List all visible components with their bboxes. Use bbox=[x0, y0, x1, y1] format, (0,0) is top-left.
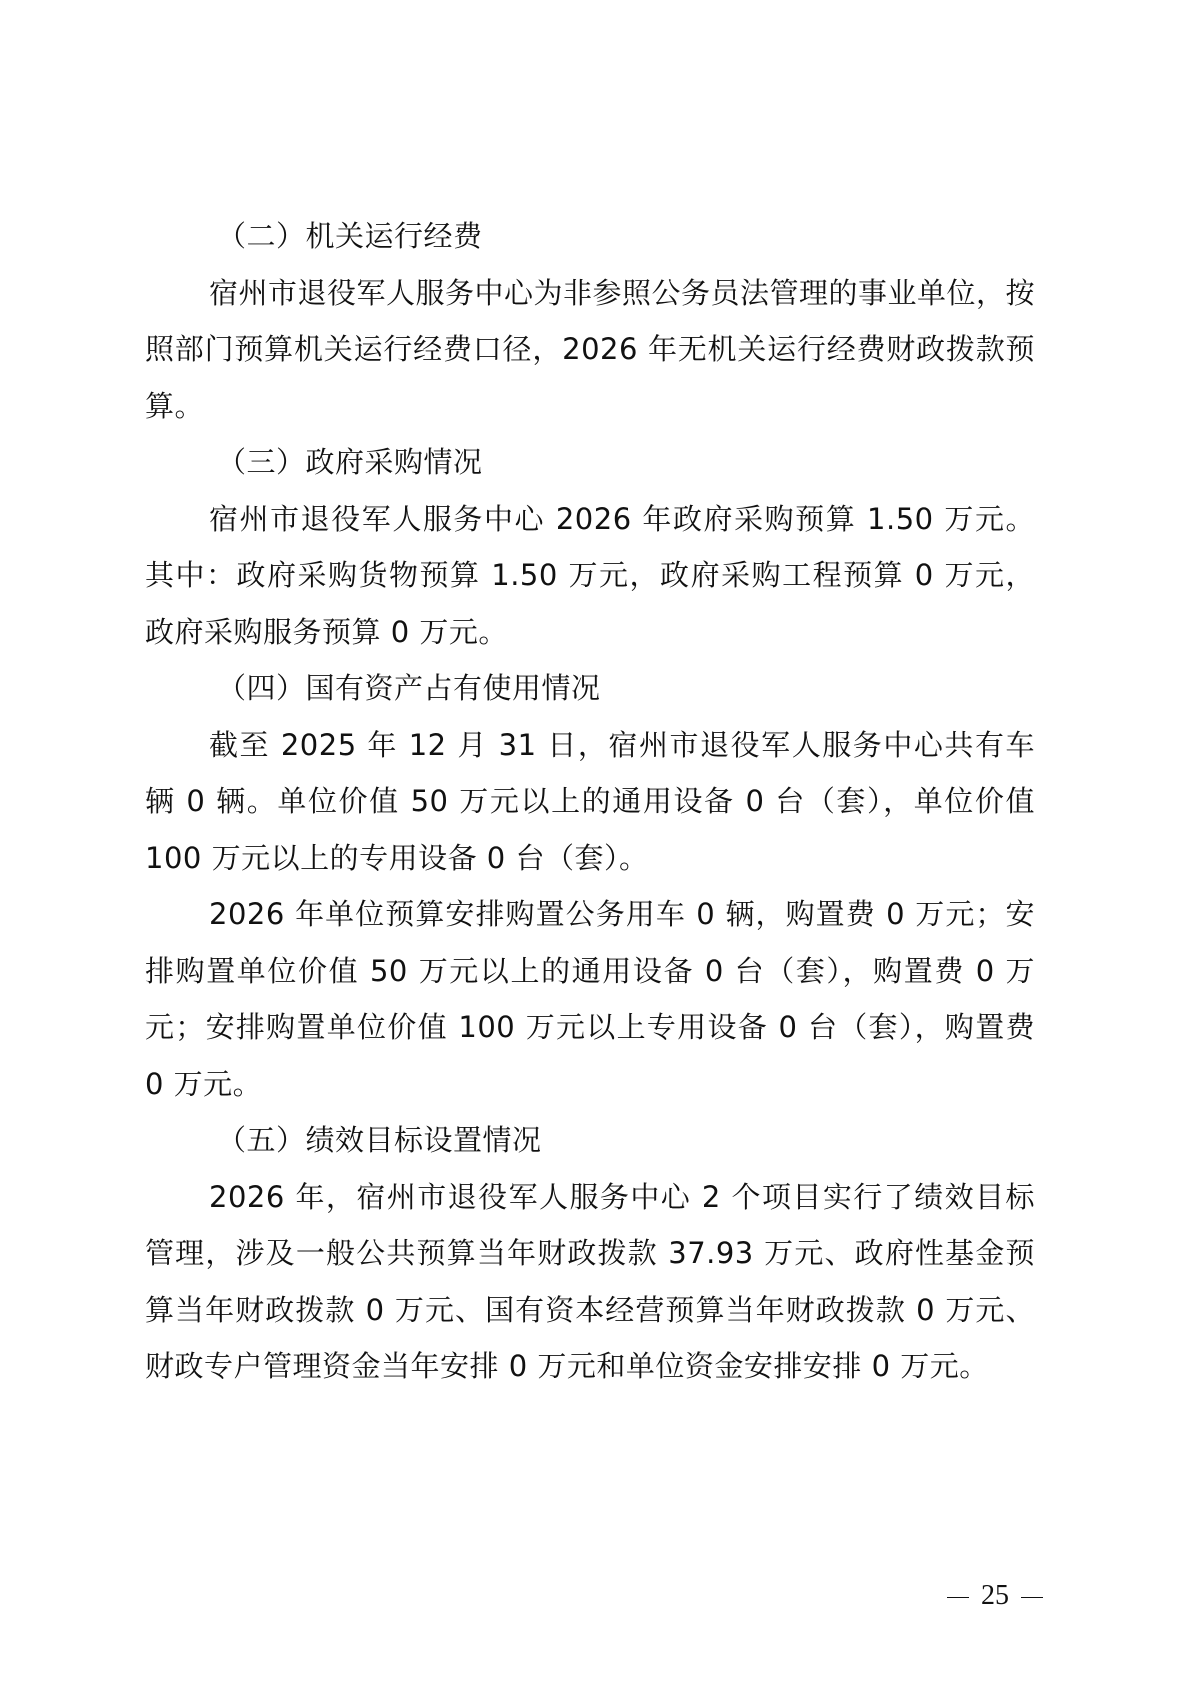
document-body: （二）机关运行经费 宿州市退役军人服务中心为非参照公务员法管理的事业单位，按照部… bbox=[145, 208, 1035, 1395]
section-government-procurement: （三）政府采购情况 宿州市退役军人服务中心 2026 年政府采购预算 1.50 … bbox=[145, 434, 1035, 660]
paragraph: 宿州市退役军人服务中心为非参照公务员法管理的事业单位，按照部门预算机关运行经费口… bbox=[145, 265, 1035, 435]
section-heading: （四）国有资产占有使用情况 bbox=[145, 660, 1035, 717]
page-number: 25 bbox=[935, 1576, 1045, 1616]
section-performance-targets: （五）绩效目标设置情况 2026 年，宿州市退役军人服务中心 2 个项目实行了绩… bbox=[145, 1112, 1035, 1395]
paragraph: 2026 年，宿州市退役军人服务中心 2 个项目实行了绩效目标管理，涉及一般公共… bbox=[145, 1169, 1035, 1395]
dash-left bbox=[947, 1597, 969, 1599]
document-page: （二）机关运行经费 宿州市退役军人服务中心为非参照公务员法管理的事业单位，按照部… bbox=[0, 0, 1190, 1683]
section-operating-expenses: （二）机关运行经费 宿州市退役军人服务中心为非参照公务员法管理的事业单位，按照部… bbox=[145, 208, 1035, 434]
section-heading: （二）机关运行经费 bbox=[145, 208, 1035, 265]
paragraph: 宿州市退役军人服务中心 2026 年政府采购预算 1.50 万元。其中：政府采购… bbox=[145, 491, 1035, 661]
section-state-assets: （四）国有资产占有使用情况 截至 2025 年 12 月 31 日，宿州市退役军… bbox=[145, 660, 1035, 1112]
paragraph: 2026 年单位预算安排购置公务用车 0 辆，购置费 0 万元；安排购置单位价值… bbox=[145, 886, 1035, 1112]
page-number-value: 25 bbox=[981, 1580, 1009, 1611]
paragraph: 截至 2025 年 12 月 31 日，宿州市退役军人服务中心共有车辆 0 辆。… bbox=[145, 717, 1035, 887]
section-heading: （三）政府采购情况 bbox=[145, 434, 1035, 491]
dash-right bbox=[1021, 1597, 1043, 1599]
section-heading: （五）绩效目标设置情况 bbox=[145, 1112, 1035, 1169]
